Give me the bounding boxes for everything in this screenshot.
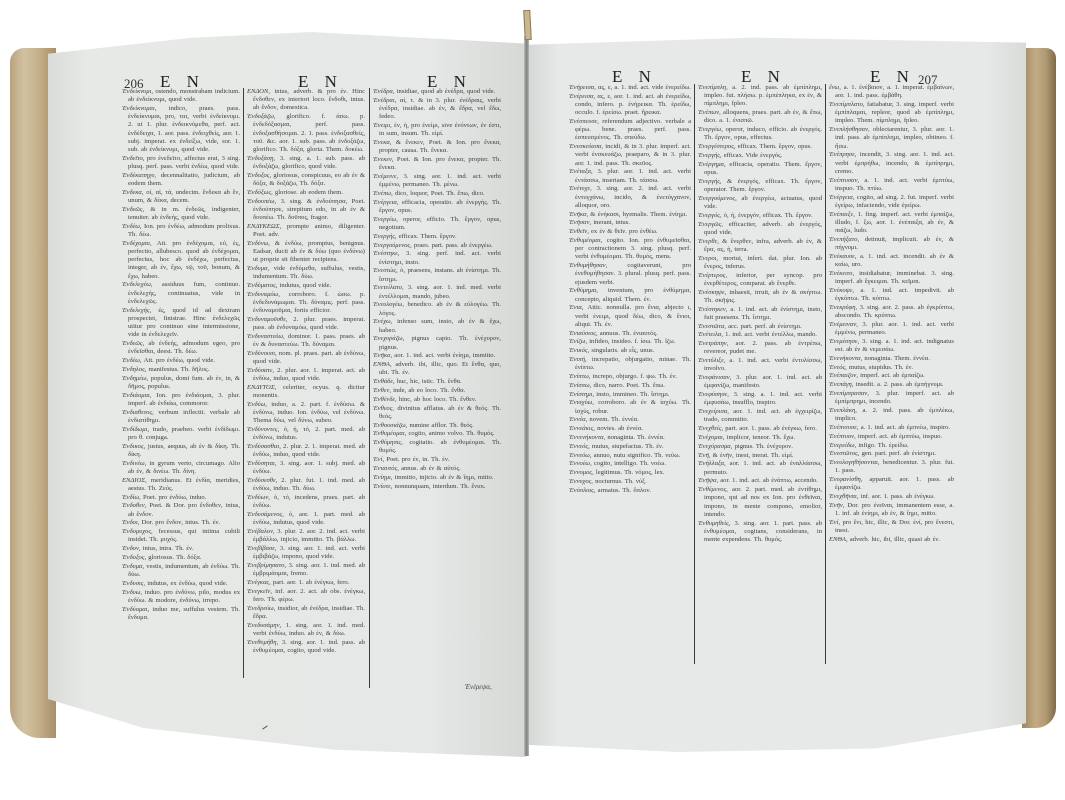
entry-definition: , part. aor. 1. ab ἐνέγκω, fero. bbox=[269, 579, 349, 586]
dictionary-entry: Ἐνδυναμοῦσθε, 2. plur. praes. imperat. p… bbox=[247, 316, 365, 332]
entry-headword: Ἐνήρεισα bbox=[569, 84, 594, 91]
entry-definition: , 3. plur. aor. 1. ind. act. verbi ἐντάσ… bbox=[575, 168, 691, 183]
entry-headword: Ἐνεργής bbox=[373, 233, 395, 240]
entry-definition: , part. aor. 1. pass. ab ἐνέγκω, fero. bbox=[721, 425, 816, 432]
dictionary-entry: ἔνω, a. 1. ἐνέβαιον, a. 1. imperat. ἐμβα… bbox=[829, 84, 954, 100]
dictionary-entry: Ἐνεστῶτα, acc. part. perf. ab ἐνίστημι. bbox=[698, 323, 822, 331]
dictionary-entry: Ἐνδελεχέω, assiduus fum, continuo. ἐνδελ… bbox=[122, 281, 240, 306]
entry-headword: Ἐνέργημα bbox=[698, 161, 724, 168]
entry-headword: Ἐνερθε bbox=[698, 238, 717, 245]
entry-headword: ἔνω bbox=[829, 84, 839, 91]
entry-headword: Ἐνῆσαν bbox=[569, 219, 590, 226]
entry-headword: Ἐνέγκας bbox=[247, 579, 269, 586]
entry-headword: Ἐνδυσις bbox=[122, 580, 143, 587]
entry-definition: , insidiae, quod ab ἐνέδρα, quod vide. bbox=[393, 88, 495, 95]
dictionary-entry: Ἐνεκεν, Poet. & Ion. pro ἕνεκα, propter.… bbox=[373, 156, 501, 172]
entry-headword: Ἐνεγκεῖν bbox=[247, 588, 270, 595]
dictionary-entry: Ἐνέπνευσε, a. 1. ind. act. ab ἐμπνέω, in… bbox=[829, 424, 954, 432]
entry-headword: Ἐνδύσασθαι bbox=[247, 443, 279, 450]
dictionary-entry: Ἐνέδρα, insidiae, quod ab ἐνέδρα, quod v… bbox=[373, 88, 501, 96]
entry-definition: , efficax. Them. ἔργον, opus. bbox=[734, 143, 812, 150]
entry-headword: Ἐνεχύρασμα bbox=[698, 443, 731, 450]
entry-headword: Ἐνδεκα bbox=[122, 189, 142, 196]
entry-headword: Ἐνδοξος bbox=[247, 172, 269, 179]
dictionary-entry: Ἐνεβρίμησατο, 3. sing. aor. 1. ind. med.… bbox=[247, 562, 365, 578]
entry-definition: , & ἐνῆν, inest, inerat. Th. εἰμί. bbox=[709, 452, 794, 459]
dictionary-entry: Ἐννενήκοντα, nonaginta. Th. ἐννέα. bbox=[569, 434, 691, 442]
open-book: 206 E N E N E N Ἐνδείκνυμι, ostendo, mon… bbox=[0, 0, 1065, 800]
entry-headword: Ἐνθεν bbox=[373, 387, 389, 394]
entry-headword: Ἐνεστῶτα bbox=[698, 323, 724, 330]
entry-headword: Ἐνδύνουσι bbox=[247, 350, 275, 357]
entry-headword: Ἐνδυσάμενος bbox=[247, 511, 282, 518]
entry-headword: Ἐνδυναμοῦσθε bbox=[247, 316, 286, 323]
entry-definition: , efficax. Them. ἔργον. bbox=[395, 233, 457, 240]
entry-headword: Ἐνδιαθετος bbox=[122, 409, 152, 416]
entry-definition: , infideo, insideo. f. ίσω. Th. ἵζω. bbox=[585, 338, 675, 345]
entry-headword: Ἐνεφύσησε bbox=[698, 391, 727, 398]
entry-definition: , a. 1. ἐνέβαιον, a. 1. imperat. ἐμβαίνω… bbox=[835, 84, 954, 99]
entry-headword: Ἐνδίω bbox=[122, 494, 139, 501]
entry-definition: , & in m. ἐνδεῶς, indigenter, tenuiter. … bbox=[128, 206, 240, 221]
entry-headword: Ἐνδελεχέω bbox=[122, 281, 151, 288]
entry-definition: , cogito, animo volvo. Th. θυμός. bbox=[405, 430, 495, 437]
dictionary-entry: Ἐνδείκνυμαι, indico, praes. pass. ἐνδείκ… bbox=[122, 105, 240, 154]
entry-definition: , annuo, nutu significo. Th. νεύω. bbox=[590, 452, 680, 459]
dictionary-entry: Ἐνεπίμπλατο, fatiabatur, 3. sing. imperf… bbox=[829, 101, 954, 126]
entry-headword: Ἐνδύσατε bbox=[247, 367, 272, 374]
entry-headword: Ἐνέχω bbox=[373, 318, 391, 325]
entry-headword: Ἐνδημέω bbox=[122, 375, 147, 382]
entry-headword: Ἐνδυω bbox=[122, 589, 140, 596]
dictionary-entry: Ἐνδυω, induo. pro ἐνδύνω, pilo, modus ex… bbox=[122, 589, 240, 605]
entry-headword: Ἐνδύων bbox=[247, 494, 268, 501]
entry-definition: , induo, a. 2. part. f. ἐνδύσω. & ἐνδύνω… bbox=[253, 401, 365, 424]
entry-definition: , annus. ab ἐν & αὐτός. bbox=[397, 465, 460, 472]
entry-headword: Ἐνέστηκεν bbox=[698, 306, 726, 313]
entry-headword: Ἐνδύσηται bbox=[247, 460, 275, 467]
dictionary-entry: Ἐνέστηκε, 3. sing. perf. ind. act. verbi… bbox=[373, 250, 501, 266]
entry-headword: Ἐνθυμηθείς bbox=[698, 520, 729, 527]
entry-headword: Ἐνδύομαι bbox=[122, 606, 148, 613]
entry-headword: ΕΝΔΥΤΟΣ bbox=[247, 384, 275, 391]
entry-definition: , dico, narro. Poet. Th. ἔπω. bbox=[590, 382, 665, 389]
dictionary-entry: Ἐνδεκα, οἱ, αἱ, τά, undecim. ἔνδεκα ab ἕ… bbox=[122, 189, 240, 205]
entry-definition: , intus, intra. Th. ἐν. bbox=[139, 545, 194, 552]
entry-definition: , indutus, ex ἐνδύω, quod vide. bbox=[143, 580, 227, 587]
entry-definition: , 1. fing. imperf. act. verbi ἐμπαίζω, i… bbox=[835, 211, 954, 234]
dictionary-entry: Ἐνέσκηψε, inhaesit, irruit, ab ἐν & σκήπ… bbox=[698, 289, 822, 305]
entry-headword: Ἐνέδρα bbox=[373, 88, 393, 95]
dictionary-entry: Ἐνεγκεῖν, inf. aor. 2. act. ab obs. ἐνέγ… bbox=[247, 588, 365, 604]
entry-headword: Ἐνευλογηθήσονται bbox=[829, 459, 878, 466]
entry-headword: Ἐνδουπέω bbox=[247, 198, 275, 205]
entry-headword: Ἐνεργέστερος bbox=[698, 143, 734, 150]
entry-headword: Ἐνεβίβασε bbox=[247, 545, 275, 552]
entry-definition: , οἱ, αἱ, τά, undecim. ἔνδεκα ab ἕν, unu… bbox=[128, 189, 240, 204]
entry-headword: Ἐνεχθείς bbox=[698, 425, 721, 432]
dictionary-entry: Ἐνέγκας, part. aor. 1. ab ἐνέγκω, fero. bbox=[247, 579, 365, 587]
entry-headword: Ἐνευλογέω bbox=[373, 301, 402, 308]
dictionary-entry: Ἐνδιάομαι, Ion. pro ἐνδιάομαι, 3. plur. … bbox=[122, 392, 240, 408]
dictionary-entry: Ἐνδέκαπηχυ, decennalitatio, judicium, ab… bbox=[122, 172, 240, 188]
dictionary-entry: Ἐνῆ, & ἐνῆν, inest, inerat. Th. εἰμί. bbox=[698, 452, 822, 460]
entry-definition: , pro ἔνι, hic, illic, & Dor. ἐνί, pro ἔ… bbox=[835, 519, 954, 534]
dictionary-entry: Ἐνθεν, inde, ab eo loco. Th. ἔνθα. bbox=[373, 387, 501, 395]
entry-headword: Ἐνεδυσάμην bbox=[247, 622, 280, 629]
dictionary-entry: Ἐνθυμηθείς, 3. sing. aor. 1. part. pass.… bbox=[698, 520, 822, 545]
entry-definition: , aor. 1. ind. act. ab ἐνάπτω, accendo. bbox=[716, 477, 817, 484]
dictionary-entry: Ἐνδέω, Att. pro ἐνδέω, quod vide. bbox=[122, 357, 240, 365]
dictionary-entry: ΕΝΔΥΤΟΣ, celeriter, ocyus. q. dicitur mo… bbox=[247, 384, 365, 400]
dictionary-entry: Ἐνῆψα, aor. 1. ind. act. ab ἐνάπτω, acce… bbox=[698, 477, 822, 485]
entry-definition: , adverb. hic, ibi, illic, quasi ab ἐν. bbox=[846, 536, 940, 543]
dictionary-entry: ΕΝΘΑ, adverb. hic, ibi, illic, quasi ab … bbox=[829, 536, 954, 544]
dictionary-entry: Ἐνεστώς, ὁ, praesens, instans. ab ἐνίστη… bbox=[373, 267, 501, 283]
dictionary-entry: Ἐνέβαλον, 3. plur. 2. aor. 2. ind. act. … bbox=[247, 528, 365, 544]
entry-definition: , inerant, intus. bbox=[590, 219, 630, 226]
entry-headword: Ἐννενήκοντα bbox=[569, 434, 604, 441]
dictionary-entry: Ἐνδυναστεύω, dominor. 1. pass. praes. ab… bbox=[247, 333, 365, 349]
dictionary-entry: Ἐνέκειτο, insidiabatur, imminebat. 3. si… bbox=[829, 270, 954, 286]
entry-definition: , singularis. ab εἷς, unus. bbox=[588, 347, 655, 354]
entry-headword: Ἐνέκοψε bbox=[829, 287, 852, 294]
entry-headword: Ἐνεκεν bbox=[373, 156, 392, 163]
entry-headword: Ἐνεργής bbox=[698, 178, 720, 185]
dictionary-entry: Ἐνδυσάμενος, ὁ, aor. 1. part. med. ab ἐν… bbox=[247, 511, 365, 527]
entry-headword: Ἐνέτυχε bbox=[569, 185, 590, 192]
dictionary-entry: Ἐνέπαιξε, 1. fing. imperf. act. verbi ἐμ… bbox=[829, 211, 954, 236]
entry-definition: , ας, ε, a. 1. ind. act. vide ἐνερείδω. bbox=[594, 84, 691, 91]
entry-headword: Ἐνδυναστεύω bbox=[247, 333, 283, 340]
dictionary-entry: Ἐνδοθεν, Poet. & Dor. pro ἔνδοθεν, intus… bbox=[122, 502, 240, 518]
entry-definition: , gloriosus, conspicuus, eo ab ἐν & δόξα… bbox=[253, 172, 365, 187]
dictionary-entry: Ἐνεργέω, operor, efficio. Th. ἔργον, opu… bbox=[373, 216, 501, 232]
dictionary-entry: Ἐνευλογέω, benedico. ab ἐν & εὐλογέω. Th… bbox=[373, 301, 501, 317]
entry-definition: , imperf. act. ab ἐμπαίζω. bbox=[856, 372, 924, 379]
entry-headword: Ἐνια bbox=[569, 304, 582, 311]
entry-definition: , legitimus. Th. νόμος, lex. bbox=[592, 469, 664, 476]
entry-headword: Ἐνδινέω bbox=[122, 460, 145, 467]
dictionary-entry: Ἐνια, Attic. nonnulla. pro ἔνια, abjecto… bbox=[569, 304, 691, 329]
entry-definition: , insedit. a. 2. pass. ab ἐμπήγνυμι. bbox=[852, 381, 944, 388]
dictionary-entry: Ἐνεργής, efficax. Vide ἐνεργός. bbox=[698, 152, 822, 160]
dictionary-entry: Ἐνεπήξατο, detinuit, implicuit. ab ἐν, &… bbox=[829, 236, 954, 252]
entry-definition: , cogito, ad sing. 2. fut. imperf. verbi… bbox=[835, 194, 954, 209]
dictionary-entry: Ἐνδομυχος, fecessus, qui intima cubili i… bbox=[122, 528, 240, 544]
dictionary-entry: Ἐνθυμήθησαν, cogitaverunt, pro ἐνεθυμήθη… bbox=[569, 262, 691, 287]
entry-definition: , inde, ab eo loco. Th. ἔνθα. bbox=[389, 387, 465, 394]
entry-headword: Ἐνειμι bbox=[373, 122, 390, 129]
entry-definition: , intus, adverb. & pro ἐν. Hinc ἔνδοθεν,… bbox=[253, 88, 365, 111]
entry-definition: , infenso sum, insto, ab ἐν & ἔχω, habeo… bbox=[379, 318, 501, 333]
dictionary-entry: Ἐνερείδω, infigo. Th. ἐρείδω. bbox=[829, 442, 954, 450]
entry-headword: Ἐνέμεινε bbox=[373, 173, 396, 180]
entry-definition: , corroboro. ab ἐν & ἰσχύω. Th. ἰσχύς, r… bbox=[575, 399, 691, 414]
entry-definition: , Poet. pro ἐνδύω, induo. bbox=[139, 494, 206, 501]
entry-headword: Ἐνδίδωμι bbox=[122, 426, 147, 433]
column-rule bbox=[825, 84, 826, 664]
entry-headword: Ἐνετράπην bbox=[698, 340, 727, 347]
entry-definition: , 3. sing. aor. 2. ind. act. verbi ἐντυγ… bbox=[575, 185, 691, 208]
entry-headword: Ἐννομος bbox=[569, 469, 592, 476]
entry-headword: Ἐνεργούμενος bbox=[373, 242, 410, 249]
dictionary-entry: Ἐννομος, legitimus. Th. νόμος, lex. bbox=[569, 469, 691, 477]
dictionary-entry: Ἐννεύω, annuo, nutu significo. Th. νεύω. bbox=[569, 452, 691, 460]
dictionary-entry: Ἐνέργημα, efficacia, operatio. Them. ἔργ… bbox=[698, 161, 822, 177]
dictionary-entry: ΕΝΘΑ, adverb. ibi, illic, quo. Et ἔνθα, … bbox=[373, 361, 501, 377]
entry-headword: Ἐνέκαυσε bbox=[829, 253, 855, 260]
dictionary-entry: Ἐνδύομαι, induo me, suffulus vestem. Th.… bbox=[122, 606, 240, 622]
dictionary-entry: Ἐνδύματος, indutus, quod vide. bbox=[247, 282, 365, 290]
dictionary-entry: Ἐνθέμενος, aor. 2. part. med. ab ἐντίθημ… bbox=[698, 486, 822, 519]
dictionary-entry: Ἐνέργεια, efficacia, operatio. ab ἐνεργή… bbox=[373, 199, 501, 215]
entry-headword: Ἐνδεῶς bbox=[122, 206, 143, 213]
entry-definition: , ὁ, praesens, instans. ab ἐνίστημι. Th.… bbox=[379, 267, 501, 282]
entry-headword: Ἐνεπίμπλατο bbox=[829, 101, 863, 108]
entry-headword: Ἐνεός bbox=[829, 364, 845, 371]
dictionary-entry: Ἐνέπρησε, incendit, 3. sing. aor. 1. ind… bbox=[829, 151, 954, 176]
dictionary-entry: Ἐννεός, mutus, stupefactus. Th. ἐν. bbox=[569, 443, 691, 451]
entry-definition: , nocturnus. Th. νύξ. bbox=[591, 478, 646, 485]
dictionary-entry: Ἐνεός, mutus, stupidus. Th. ἐν. bbox=[829, 364, 954, 372]
entry-headword: Ἐνεστῶτος bbox=[829, 450, 858, 457]
entry-headword: Ἐνέργεια bbox=[373, 199, 397, 206]
dictionary-entry: Ἐνδιαθετος, verbum inflectit. verbale ab… bbox=[122, 409, 240, 425]
dictionary-entry: Ἐνίστημι, insto, immineo. Th. ἵστημι. bbox=[569, 391, 691, 399]
entry-headword: Ἐνέτειλα bbox=[698, 331, 721, 338]
entry-definition: , gloriosus. Th. δόξα. bbox=[144, 554, 201, 561]
entry-headword: Ἐνῆψα bbox=[698, 477, 716, 484]
dictionary-entry: Ἐνδύων, ὁ, τό, incedens, praes. part. ab… bbox=[247, 494, 365, 510]
dictionary-entry: Ἐνετύλιξε, a. 1. ind. act. verbi ἐντυλίσ… bbox=[698, 357, 822, 373]
entry-definition: , insto, immineo. Th. ἵστημι. bbox=[592, 391, 669, 398]
dictionary-entry: Ἐνδυναμόω, corroboro. f. ώσω. p. ἐνδεδυν… bbox=[247, 291, 365, 316]
entry-headword: Ἐνέσκηψε bbox=[698, 289, 725, 296]
dictionary-entry: Ἐνδύνω, & ἐνδύω, promptus, benignus. Ead… bbox=[247, 240, 365, 265]
entry-definition: , Ion. pro ἐνδέω, admodum prolixus. Th. … bbox=[128, 223, 240, 238]
dictionary-entry: Ἐνόπλιος, armatus. Th. ὅπλον. bbox=[569, 487, 691, 495]
entry-headword: Ἐνεργέω bbox=[373, 216, 396, 223]
entry-definition: , a. 1. ind. act. impedivit. ab ἐγκόπτω.… bbox=[835, 287, 954, 302]
dictionary-entry: Ἐννέα, novem. Th. ἐννέα. bbox=[569, 416, 691, 424]
entry-headword: Ἐνδόξως bbox=[247, 189, 271, 196]
entry-headword: Ἐνδοι bbox=[122, 519, 138, 526]
entry-headword: Ἐνέπαιζον bbox=[829, 372, 856, 379]
entry-definition: , numine afflor. Th. θεός. bbox=[406, 422, 474, 429]
entry-definition: , mutus, stupidus. Th. ἐν. bbox=[845, 364, 913, 371]
dictionary-entry: Ἐνδύσατε, 2. plur. aor. 1. imperat. act.… bbox=[247, 367, 365, 383]
entry-definition: , Att. pro ἐνδέω, quod vide. bbox=[140, 357, 215, 364]
dictionary-entry: Ἐνεδυσάμην, 1. sing. aor. 1. ind. med. v… bbox=[247, 622, 365, 638]
entry-definition: , operor, efficio. Th. ἔργον, opus, nego… bbox=[379, 216, 501, 231]
dictionary-entry: Ἐνδύσασθαι, 2. plur. 2. 1. imperat. med.… bbox=[247, 443, 365, 459]
dictionary-entry: Ἐνέταξα, 3. plur. aor. 1. ind. act. verb… bbox=[569, 168, 691, 184]
entry-headword: Ἐνέπων bbox=[698, 109, 719, 116]
entry-headword: Ἐνέκειτο bbox=[829, 270, 852, 277]
entry-headword: Ἐνθυμήθησαν bbox=[569, 262, 606, 269]
dictionary-entry: Ἐνδέχομαι, Att. pro ἐνδέχομαι, εὐ, ἐς, p… bbox=[122, 240, 240, 281]
entry-definition: , gen. part. perf. ab ἐνίστημι. bbox=[858, 450, 936, 457]
dictionary-entry: Ἐνδίω, Poet. pro ἐνδύω, induo. bbox=[122, 494, 240, 502]
dictionary-entry: Ἐνδοι, Dor. pro ἔνδον, intus. Th. ἐν. bbox=[122, 519, 240, 527]
dictionary-entry: Ἐνθάδε, huc, hic, istic. Th. ἔνθα. bbox=[373, 378, 501, 386]
dictionary-entry: Ἐνίσπω, dico, narro. Poet. Th. ἔπω. bbox=[569, 382, 691, 390]
entry-headword: Ἐνῆ bbox=[698, 452, 709, 459]
entry-headword: Ἐνδυμα bbox=[122, 563, 142, 570]
entry-definition: , infigo. Th. ἐρείδω. bbox=[855, 442, 909, 449]
entry-headword: Ἐνετείλατο bbox=[373, 284, 402, 291]
entry-definition: , efficacia, operatio. ab ἐνεργής. Th. ἔ… bbox=[379, 199, 501, 214]
column-rule bbox=[694, 84, 695, 664]
dictionary-entry: Ἐνεχυράζω, pignus capio. Th. ἐνέχυρον, p… bbox=[373, 335, 501, 351]
entry-definition: , novies. ab ἐννέα. bbox=[593, 425, 643, 432]
entry-headword: Ἐνθυμέομαι bbox=[569, 237, 601, 244]
entry-definition: , novem. Th. ἐννέα. bbox=[586, 416, 639, 423]
dictionary-entry: Ἐνδηλος, manifestus. Th. δῆλος. bbox=[122, 366, 240, 374]
entry-definition: , nonaginta. Th. ἐννέα. bbox=[604, 434, 665, 441]
dictionary-entry: Ἐνεργέστερος, efficax. Them. ἔργον, opus… bbox=[698, 143, 822, 151]
dictionary-entry: Ἐνέκοψε, a. 1. ind. act. impedivit. ab ἐ… bbox=[829, 287, 954, 303]
book-gutter bbox=[524, 36, 529, 756]
dictionary-entry: Ἐνδινέω, in gyrum verto, circumago. Alio… bbox=[122, 460, 240, 476]
entry-definition: , Poet. & Ion. pro ἕνεκα, propter. Th. ἕ… bbox=[379, 156, 501, 171]
entry-definition: , increpo, objurgo. f. ψω. Th. ἐν. bbox=[589, 373, 677, 380]
dictionary-entry: Ἐνδελεχής, ἐς, quod id ad dextram prospe… bbox=[122, 307, 240, 340]
entry-headword: Ἐνεφανίσθη bbox=[829, 476, 861, 483]
dictionary-entry: Ἐνεργούμενος, ab ἐνεργέω, actuatus, quod… bbox=[698, 195, 822, 211]
entry-headword: Ἐνθουσιάζω bbox=[373, 422, 406, 429]
dictionary-entry: Ἐνέπω, dico, loquor, Poet. Th. ἔπω, dico… bbox=[373, 190, 501, 198]
entry-headword: Ἐνέπτυον bbox=[829, 433, 854, 440]
dictionary-entry: Ἐνδόξως, gloriose. ab eodem them. bbox=[247, 189, 365, 197]
entry-headword: Ἐνδύω bbox=[247, 401, 265, 408]
entry-headword: Ἐνέπρησε bbox=[829, 151, 855, 158]
entry-definition: , cogito, intelligo. Th. νοέω. bbox=[590, 460, 666, 467]
dictionary-entry: Ἐνεκα, & ἕνεκεν, Poet. & Ion. pro ἕνεκα,… bbox=[373, 139, 501, 155]
entry-headword: Ἐνθέμενος bbox=[698, 486, 726, 493]
dictionary-entry: Ἐνεργῶς, efficaciter, adverb. ab ἐνεργός… bbox=[698, 221, 822, 237]
dictionary-entry: Ἐνέπων, alloquens, praes. part. ab ἐν, &… bbox=[698, 109, 822, 125]
entry-headword: Ἐνέστηκε bbox=[373, 250, 398, 257]
entry-definition: , immitto, injicio. ab ἐν & ἵημι, mitto. bbox=[391, 474, 494, 481]
entry-definition: , & ἕνεκεν, Poet. & Ion. pro ἕνεκα, prop… bbox=[379, 139, 501, 154]
entry-definition: , gloriose. ab eodem them. bbox=[271, 189, 343, 196]
entry-definition: , imperf. act. ab ἐμπτύω, inspuo. bbox=[854, 433, 942, 440]
entry-headword: Ἐνιπή bbox=[569, 356, 585, 363]
entry-headword: Ἐνεργός bbox=[698, 212, 720, 219]
left-column-2: ΕΝΔΟΝ, intus, adverb. & pro ἐν. Hinc ἔνδ… bbox=[247, 88, 365, 683]
right-column-3: ἔνω, a. 1. ἐνέβαιον, a. 1. imperat. ἐμβα… bbox=[829, 84, 954, 668]
entry-headword: Ἐνερείδω bbox=[829, 442, 855, 449]
dictionary-entry: Ἐνδον, intus, intra. Th. ἐν. bbox=[122, 545, 240, 553]
dictionary-entry: Ἐνδοξάζω, glorifico. f. άσω. p. ἐνδεδόξα… bbox=[247, 113, 365, 154]
entry-headword: Ἐνεθυμήθη bbox=[247, 639, 277, 646]
entry-definition: , mortui, inferi. dat. plur. Ion. ab ἔνε… bbox=[704, 255, 822, 270]
entry-definition: , insidiabatur, imminebat. 3. sing. impe… bbox=[835, 270, 954, 285]
entry-headword: Ἐννεός bbox=[569, 443, 588, 450]
dictionary-entry: Ἐνδεῶς, & in m. ἐνδεῶς, indigenter, tenu… bbox=[122, 206, 240, 222]
dictionary-entry: Ἐνῆν, Dor. pro ἐνεῖναι, immanentem esse,… bbox=[829, 502, 954, 518]
dictionary-entry: Ἐνεφάνισαν, 3. plur. aor. 1. ind. act. a… bbox=[698, 374, 822, 390]
entry-definition: , 1. ind. act. verbi ἐντέλλω, mando. bbox=[721, 331, 817, 338]
entry-headword: Ἐνεστώς bbox=[373, 267, 396, 274]
dictionary-entry: Ἐνέτειλα, 1. ind. act. verbi ἐντέλλω, ma… bbox=[698, 331, 822, 339]
entry-headword: Ἐνέβαλον bbox=[247, 528, 273, 535]
dictionary-entry: Ἐνδημέω, populus, domi fum. ab ἐν, in, &… bbox=[122, 375, 240, 391]
dictionary-entry: Ἐνεβίβασε, 3. sing. aor. 1. ind. act. ve… bbox=[247, 545, 365, 561]
entry-headword: Ἐνέσπευσε bbox=[569, 118, 597, 125]
entry-definition: , a. 1. ind. act. ab ἐμπνέω, inspiro. bbox=[857, 424, 950, 431]
dictionary-entry: ΕΝΔΟΝ, intus, adverb. & pro ἐν. Hinc ἔνδ… bbox=[247, 88, 365, 113]
dictionary-entry: Ἐνθεος, divinitus afflatus. ab ἐν & θεός… bbox=[373, 405, 501, 421]
entry-definition: , efficaciter, adverb. ab ἐνεργός, quod … bbox=[704, 221, 822, 236]
entry-definition: , manifestus. Th. δῆλος. bbox=[145, 366, 209, 373]
entry-definition: , ἐν, ἡ, pro ἐνείμι, sive ἐνόντων, ἐν ἐσ… bbox=[379, 122, 501, 137]
entry-headword: Ἐνέπνευσε bbox=[829, 424, 857, 431]
dictionary-entry: Ἐνεργής, & ἐνεργός, efficax. Th. ἔργον, … bbox=[698, 178, 822, 194]
entry-headword: Ἐνεδρεύω bbox=[247, 605, 274, 612]
entry-definition: , increpatio, objurgatio, minae. Th. ἐνί… bbox=[575, 356, 691, 371]
dictionary-entry: Ἐννοέω, cogito, intelligo. Th. νοέω. bbox=[569, 460, 691, 468]
dictionary-entry: Ἐνθυμέομαι, cogito, animo volvo. Th. θυμ… bbox=[373, 430, 501, 438]
dictionary-entry: Ἐνί, pro ἔνι, hic, illic, & Dor. ἐνί, pr… bbox=[829, 519, 954, 535]
entry-headword: Ἐνθυμέομαι bbox=[373, 430, 405, 437]
column-rule bbox=[243, 88, 244, 678]
dictionary-entry: Ἐνεργής, efficax. Them. ἔργον. bbox=[373, 233, 501, 241]
dictionary-entry: Ἐνῆκα, & ἐνήκασι, hyemalis. Them. ἐνίημι… bbox=[569, 211, 691, 219]
entry-definition: , nonaginta. Them. ἐννέα. bbox=[861, 355, 930, 362]
entry-headword: Ἐνδον bbox=[122, 545, 139, 552]
entry-definition: , implicor, teneor. Th. ἔχω. bbox=[723, 434, 795, 441]
dictionary-entry: Ἐνδύνουσι, nom. pl. praes. part. ab ἐνδύ… bbox=[247, 350, 365, 366]
entry-headword: Ἐνέρτερος bbox=[698, 272, 725, 279]
dictionary-entry: Ἐννεάκις, novies. ab ἐννέα. bbox=[569, 425, 691, 433]
dictionary-entry: Ἐνετράπην, aor. 2. pass. ab ἐντρέπω, rev… bbox=[698, 340, 822, 356]
entry-headword: Ἐνέπτυσαν bbox=[829, 177, 858, 184]
dictionary-entry: Ἐνδείκνυμι, ostendo, monstrabam indicium… bbox=[122, 88, 240, 104]
bookmark-ribbon[interactable] bbox=[523, 10, 532, 40]
entry-headword: Ἐνέμειναν bbox=[829, 321, 856, 328]
entry-definition: , hinc, ab hoc loco. Th. ἔνθεν. bbox=[395, 396, 476, 403]
entry-headword: Ἐνεργούμενος bbox=[698, 195, 735, 202]
entry-definition: , nonnunquam, interdum. Th. ἔνιοι. bbox=[391, 483, 486, 490]
dictionary-entry: ΕΝΔΙΟΣ, meridianus. Et ἐνδία, meridies, … bbox=[122, 477, 240, 493]
entry-headword: Ἐνδομυχος bbox=[122, 528, 151, 535]
entry-definition: , efficax. Vide ἐνεργός. bbox=[720, 152, 783, 159]
dictionary-entry: Ἐνεργέω, operor, induco, efficio. ab ἐνε… bbox=[698, 126, 822, 142]
entry-headword: Ἐνίημι bbox=[373, 474, 391, 481]
dictionary-entry: Ἐνεφύσησε, 3. sing. a. 1. ind. act. verb… bbox=[698, 391, 822, 407]
entry-definition: , Poet. & Dor. pro ἔνδοθεν, intus, ab ἔν… bbox=[128, 502, 240, 517]
entry-headword: Ἐνισχύω bbox=[569, 399, 592, 406]
entry-headword: Ἐνεροι bbox=[698, 255, 717, 262]
entry-definition: , ab ἐνδεής, admodum egeo, pro ἐνδεῖσθαι… bbox=[128, 340, 240, 355]
entry-headword: Ἐνίζω bbox=[569, 338, 585, 345]
entry-headword: Ἐνεφάνισαν bbox=[698, 374, 730, 381]
entry-headword: Ἐνίσπω bbox=[569, 382, 590, 389]
entry-headword: Ἐννυχος bbox=[569, 478, 591, 485]
dictionary-entry: Ἐνευλογηθήσονται, benedicentur. 3. plur.… bbox=[829, 459, 954, 475]
dictionary-entry: Ἐνεκρύφη, 3. sing. aor. 2. pass. ab ἐγκρ… bbox=[829, 304, 954, 320]
entry-definition: , ὁ, τό, incedens, praes. part. ab ἐνδύω… bbox=[253, 494, 365, 509]
dictionary-entry: Ἐνήρεισα, ας, ε, a. 1. ind. act. vide ἐν… bbox=[569, 84, 691, 92]
entry-definition: , adverb. ibi, illic, quo. Et ἔνθα, quo,… bbox=[379, 361, 501, 376]
entry-headword: Ἐνῆκα bbox=[373, 352, 391, 359]
dictionary-entry: Ἐνερθε, & ἔνερθεν, infra, adverb. ab ἐν,… bbox=[698, 238, 822, 254]
entry-definition: , inf. aor. 2. act. ab obs. ἐνέγκω, fero… bbox=[253, 588, 365, 603]
entry-headword: Ἐνδυναμόω bbox=[247, 291, 278, 298]
